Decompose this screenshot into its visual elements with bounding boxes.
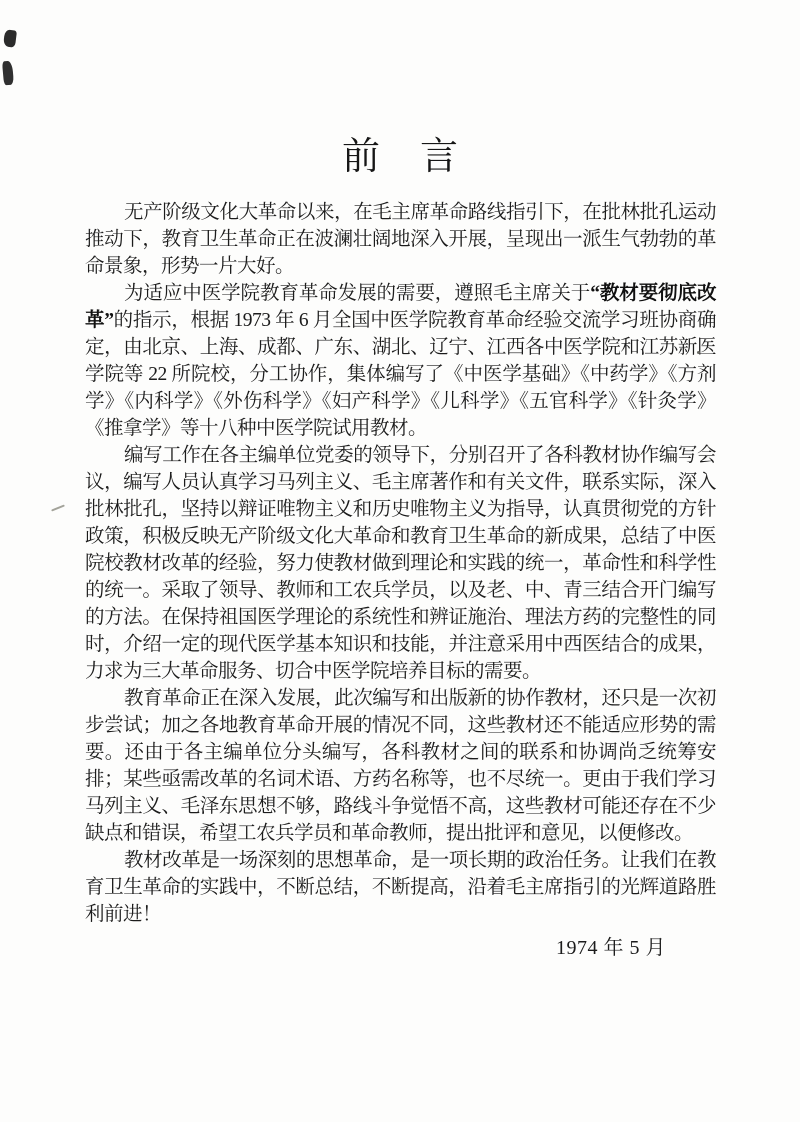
paragraph-2: 为适应中医学院教育革命发展的需要，遵照毛主席关于“教材要彻底改革”的指示，根据 …: [85, 280, 716, 442]
pencil-tick-mark: [51, 504, 65, 511]
paragraph-2-pre: 为适应中医学院教育革命发展的需要，遵照毛主席关于: [124, 283, 590, 304]
scan-speck: [697, 351, 700, 354]
date-line: 1974 年 5 月: [85, 935, 716, 962]
preface-body: 无产阶级文化大革命以来，在毛主席革命路线指引下，在批林批孔运动推动下，教育卫生革…: [85, 199, 716, 962]
scan-ink-mark: [3, 29, 17, 47]
paragraph-4: 教育革命正在深入发展，此次编写和出版新的协作教材，还只是一次初步尝试；加之各地教…: [85, 685, 716, 847]
book-page: 前 言 无产阶级文化大革命以来，在毛主席革命路线指引下，在批林批孔运动推动下，教…: [0, 0, 800, 1122]
paragraph-1: 无产阶级文化大革命以来，在毛主席革命路线指引下，在批林批孔运动推动下，教育卫生革…: [85, 199, 716, 280]
paragraph-2-post: 的指示，根据 1973 年 6 月全国中医学院教育革命经验交流学习班协商确定，由…: [85, 310, 716, 439]
paragraph-3: 编写工作在各主编单位党委的领导下，分别召开了各科教材协作编写会议，编写人员认真学…: [85, 442, 716, 685]
scan-ink-mark: [2, 61, 14, 86]
page-title: 前 言: [85, 136, 716, 178]
paragraph-5: 教材改革是一场深刻的思想革命，是一项长期的政治任务。让我们在教育卫生革命的实践中…: [85, 847, 716, 928]
